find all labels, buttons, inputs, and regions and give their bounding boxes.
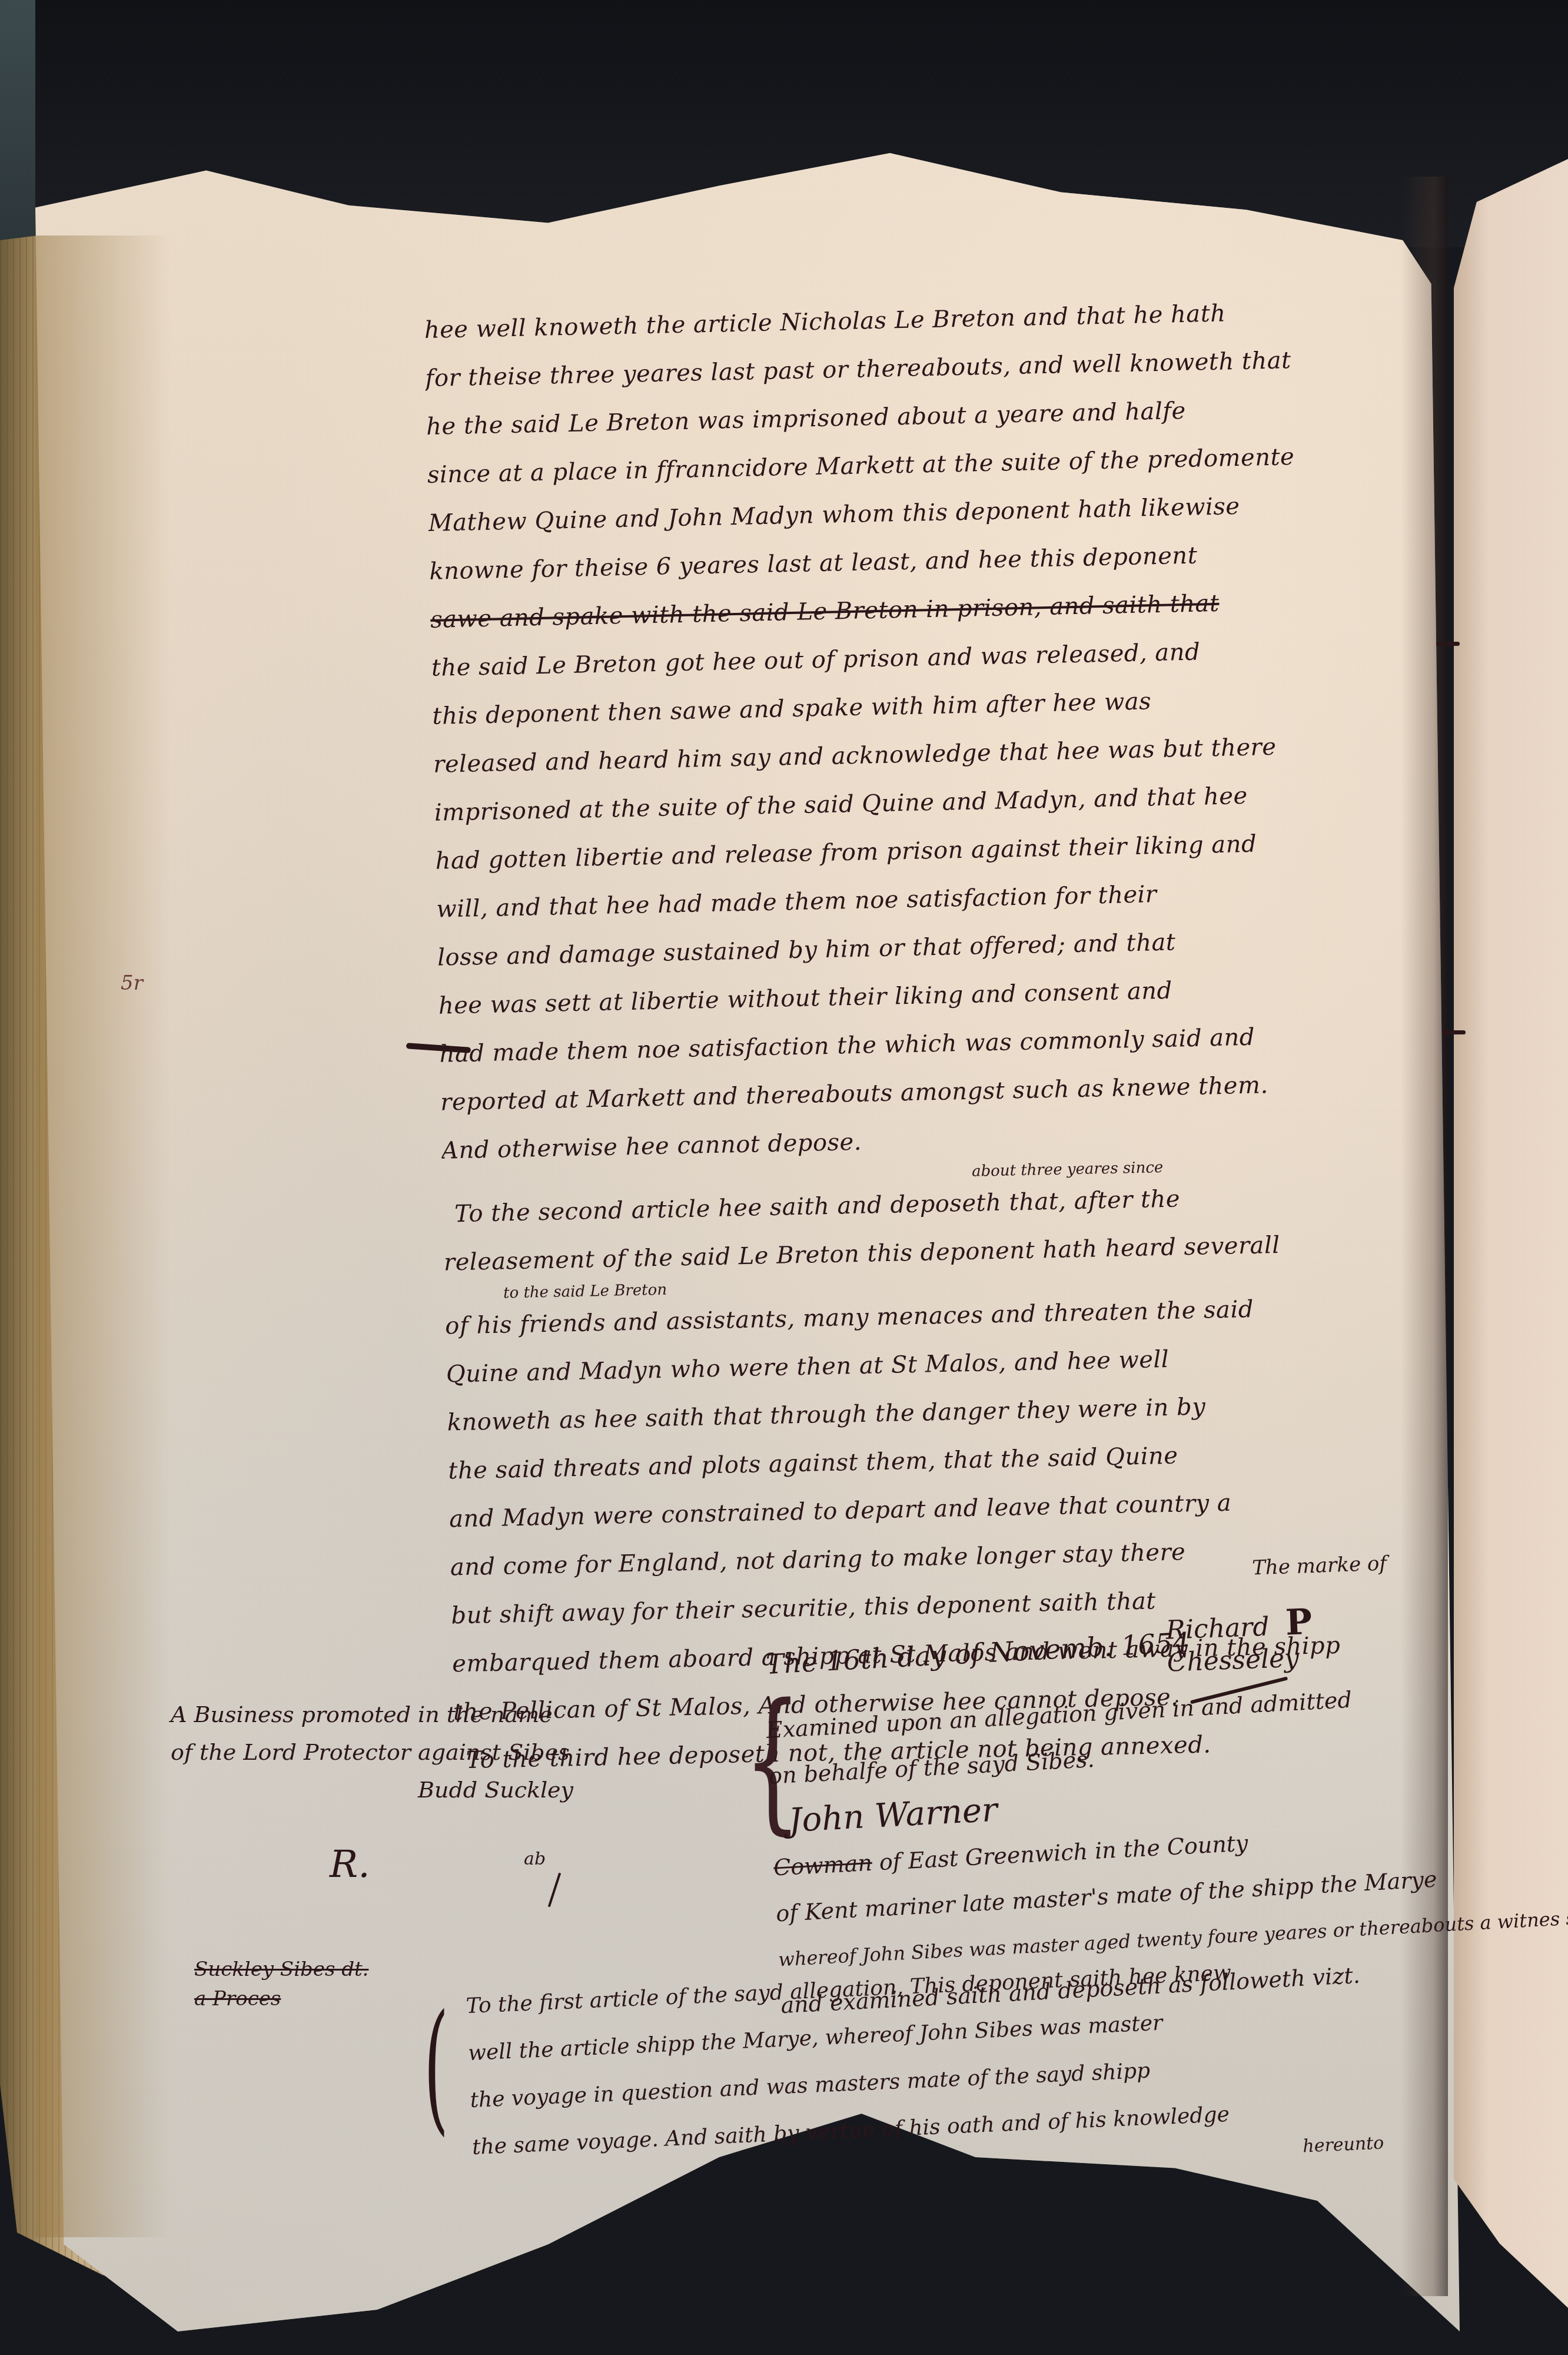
line-filler-dash (1436, 642, 1460, 646)
margin-ab-note: ab (524, 1849, 546, 1869)
line-filler-dash (1442, 1030, 1466, 1034)
case-heading-line: A Business promoted in the name (171, 1696, 736, 1733)
first-article-answer: To the first article of the sayd allegat… (441, 1940, 1468, 2196)
case-heading-line: Budd Suckley (171, 1771, 736, 1809)
signature-mark: The marke of Richard P Chesseley (1164, 1549, 1462, 1677)
margin-struck-note: Suckley Sibes dt. a Proces (194, 1955, 368, 2014)
struck-margin-line: Suckley Sibes dt. (194, 1955, 368, 1984)
case-heading-line: of the Lord Protector against Sibes (171, 1733, 736, 1771)
margin-folio-note: 5r (121, 971, 143, 995)
struck-margin-line: a Proces (194, 1984, 368, 2014)
struck-word: Cowman (773, 1850, 873, 1881)
margin-letter: R. (330, 1843, 370, 1886)
marginal-case-heading: A Business promoted in the name of the L… (171, 1696, 736, 1809)
page-edge-stain (35, 235, 171, 2237)
